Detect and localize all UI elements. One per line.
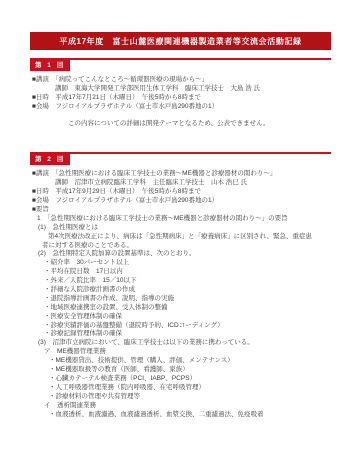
section-1-header: 第 1 回	[30, 58, 331, 71]
doc-line: ・血液透析、血液濾過、血液濾過透析、血漿交換、二重濾過法、免疫吸着	[49, 411, 334, 420]
document-title-banner: 平成17年度 富士山麓医療関連機器製造業者等交流会活動記録	[30, 32, 331, 50]
doc-line: ・紹介率 30パーセント以上	[44, 259, 334, 268]
section-2-header: 第 2 回	[30, 152, 331, 165]
doc-line: ■会場 フジロイアルプラザホテル（富士市水戸島290番地の1）	[32, 103, 334, 112]
doc-line: ■日時 平成17年9月29日（木曜日） 午後5時から8時まで	[32, 188, 334, 197]
doc-line: ・ME機器貸出、技術提供、管理（購入、評価、メンテナンス）	[49, 357, 334, 366]
doc-line: (1) 急性期医療とは	[38, 224, 334, 233]
doc-note-line: この内容についての詳細は開発テーマとなるため、公表できません。	[68, 120, 334, 129]
doc-line: ・人工呼吸器管理業務（院内呼吸器、在宅呼吸管理）	[49, 384, 334, 393]
doc-line: 第4次医療法改正により、病床は「急性期病床」と「療養病床」に区別され、緊急、重症…	[48, 233, 334, 242]
doc-line: (3) 沼津市立病院において、臨床工学技士は以下の業務に携わっている。	[38, 339, 334, 348]
section-1-label: 第 1 回	[30, 58, 70, 71]
doc-line: ・医療安全管理体制の確保	[44, 313, 334, 322]
doc-line: ・平均在院日数 17日以内	[44, 268, 334, 277]
doc-line: ■会場 フジロイアルプラザホテル（富士市水戸島290番地の1）	[32, 197, 334, 206]
doc-line: ・退院指導計画書の作成、説明、指導の実施	[44, 295, 334, 304]
doc-line: ア ME機器管理業務	[44, 348, 334, 357]
doc-line: ■講演 「急性期医療における臨床工学技士の業務～ME機器と診療器材の関わり～」	[32, 170, 334, 179]
doc-line: 1 「急性期医療における臨床工学技士の業務～ME機器と診療器材の関わり～」の要旨	[37, 215, 334, 224]
doc-line: 講師 沼津市立病院臨床工学科 主任臨床工学技士 山本 浩巳 氏	[55, 179, 334, 188]
section-2-content: ■講演 「急性期医療における臨床工学技士の業務～ME機器と診療器材の関わり～」 …	[32, 170, 334, 419]
doc-line: 講師 東海大学開発工学部医用生体工学科 臨床工学技士 大島 浩 氏	[55, 85, 334, 94]
section-1-content: ■講演 「病院ってこんなところ～循環器医療の現場から～」 講師 東海大学開発工学…	[32, 76, 334, 128]
doc-line: ・詳細な入院診療計画書の作成	[44, 286, 334, 295]
doc-line: ・心臓カテーテル検査業務（PCI、IABP、PCPS）	[49, 375, 334, 384]
doc-line: ・外来／入院比率 15／10以下	[44, 277, 334, 286]
doc-line: ■要旨	[32, 206, 334, 215]
document-title: 平成17年度 富士山麓医療関連機器製造業者等交流会活動記録	[59, 36, 301, 47]
section-2-label: 第 2 回	[30, 152, 70, 165]
doc-line: ■講演 「病院ってこんなところ～循環器医療の現場から～」	[32, 76, 334, 85]
doc-line: イ 透析関連業務	[44, 402, 334, 411]
document-page: 平成17年度 富士山麓医療関連機器製造業者等交流会活動記録 第 1 回 ■講演 …	[0, 0, 360, 466]
doc-line: ■日時 平成17年7月21日（木曜日） 午後5時から8時まで	[32, 94, 334, 103]
doc-line: ・ME機器取扱等の教育（医師、看護師、家族）	[49, 366, 334, 375]
doc-line: ・診療材料の管理や共有管理等	[49, 393, 334, 402]
doc-line: ・地域医療連携室の設置、受入体制の整備	[44, 304, 334, 313]
